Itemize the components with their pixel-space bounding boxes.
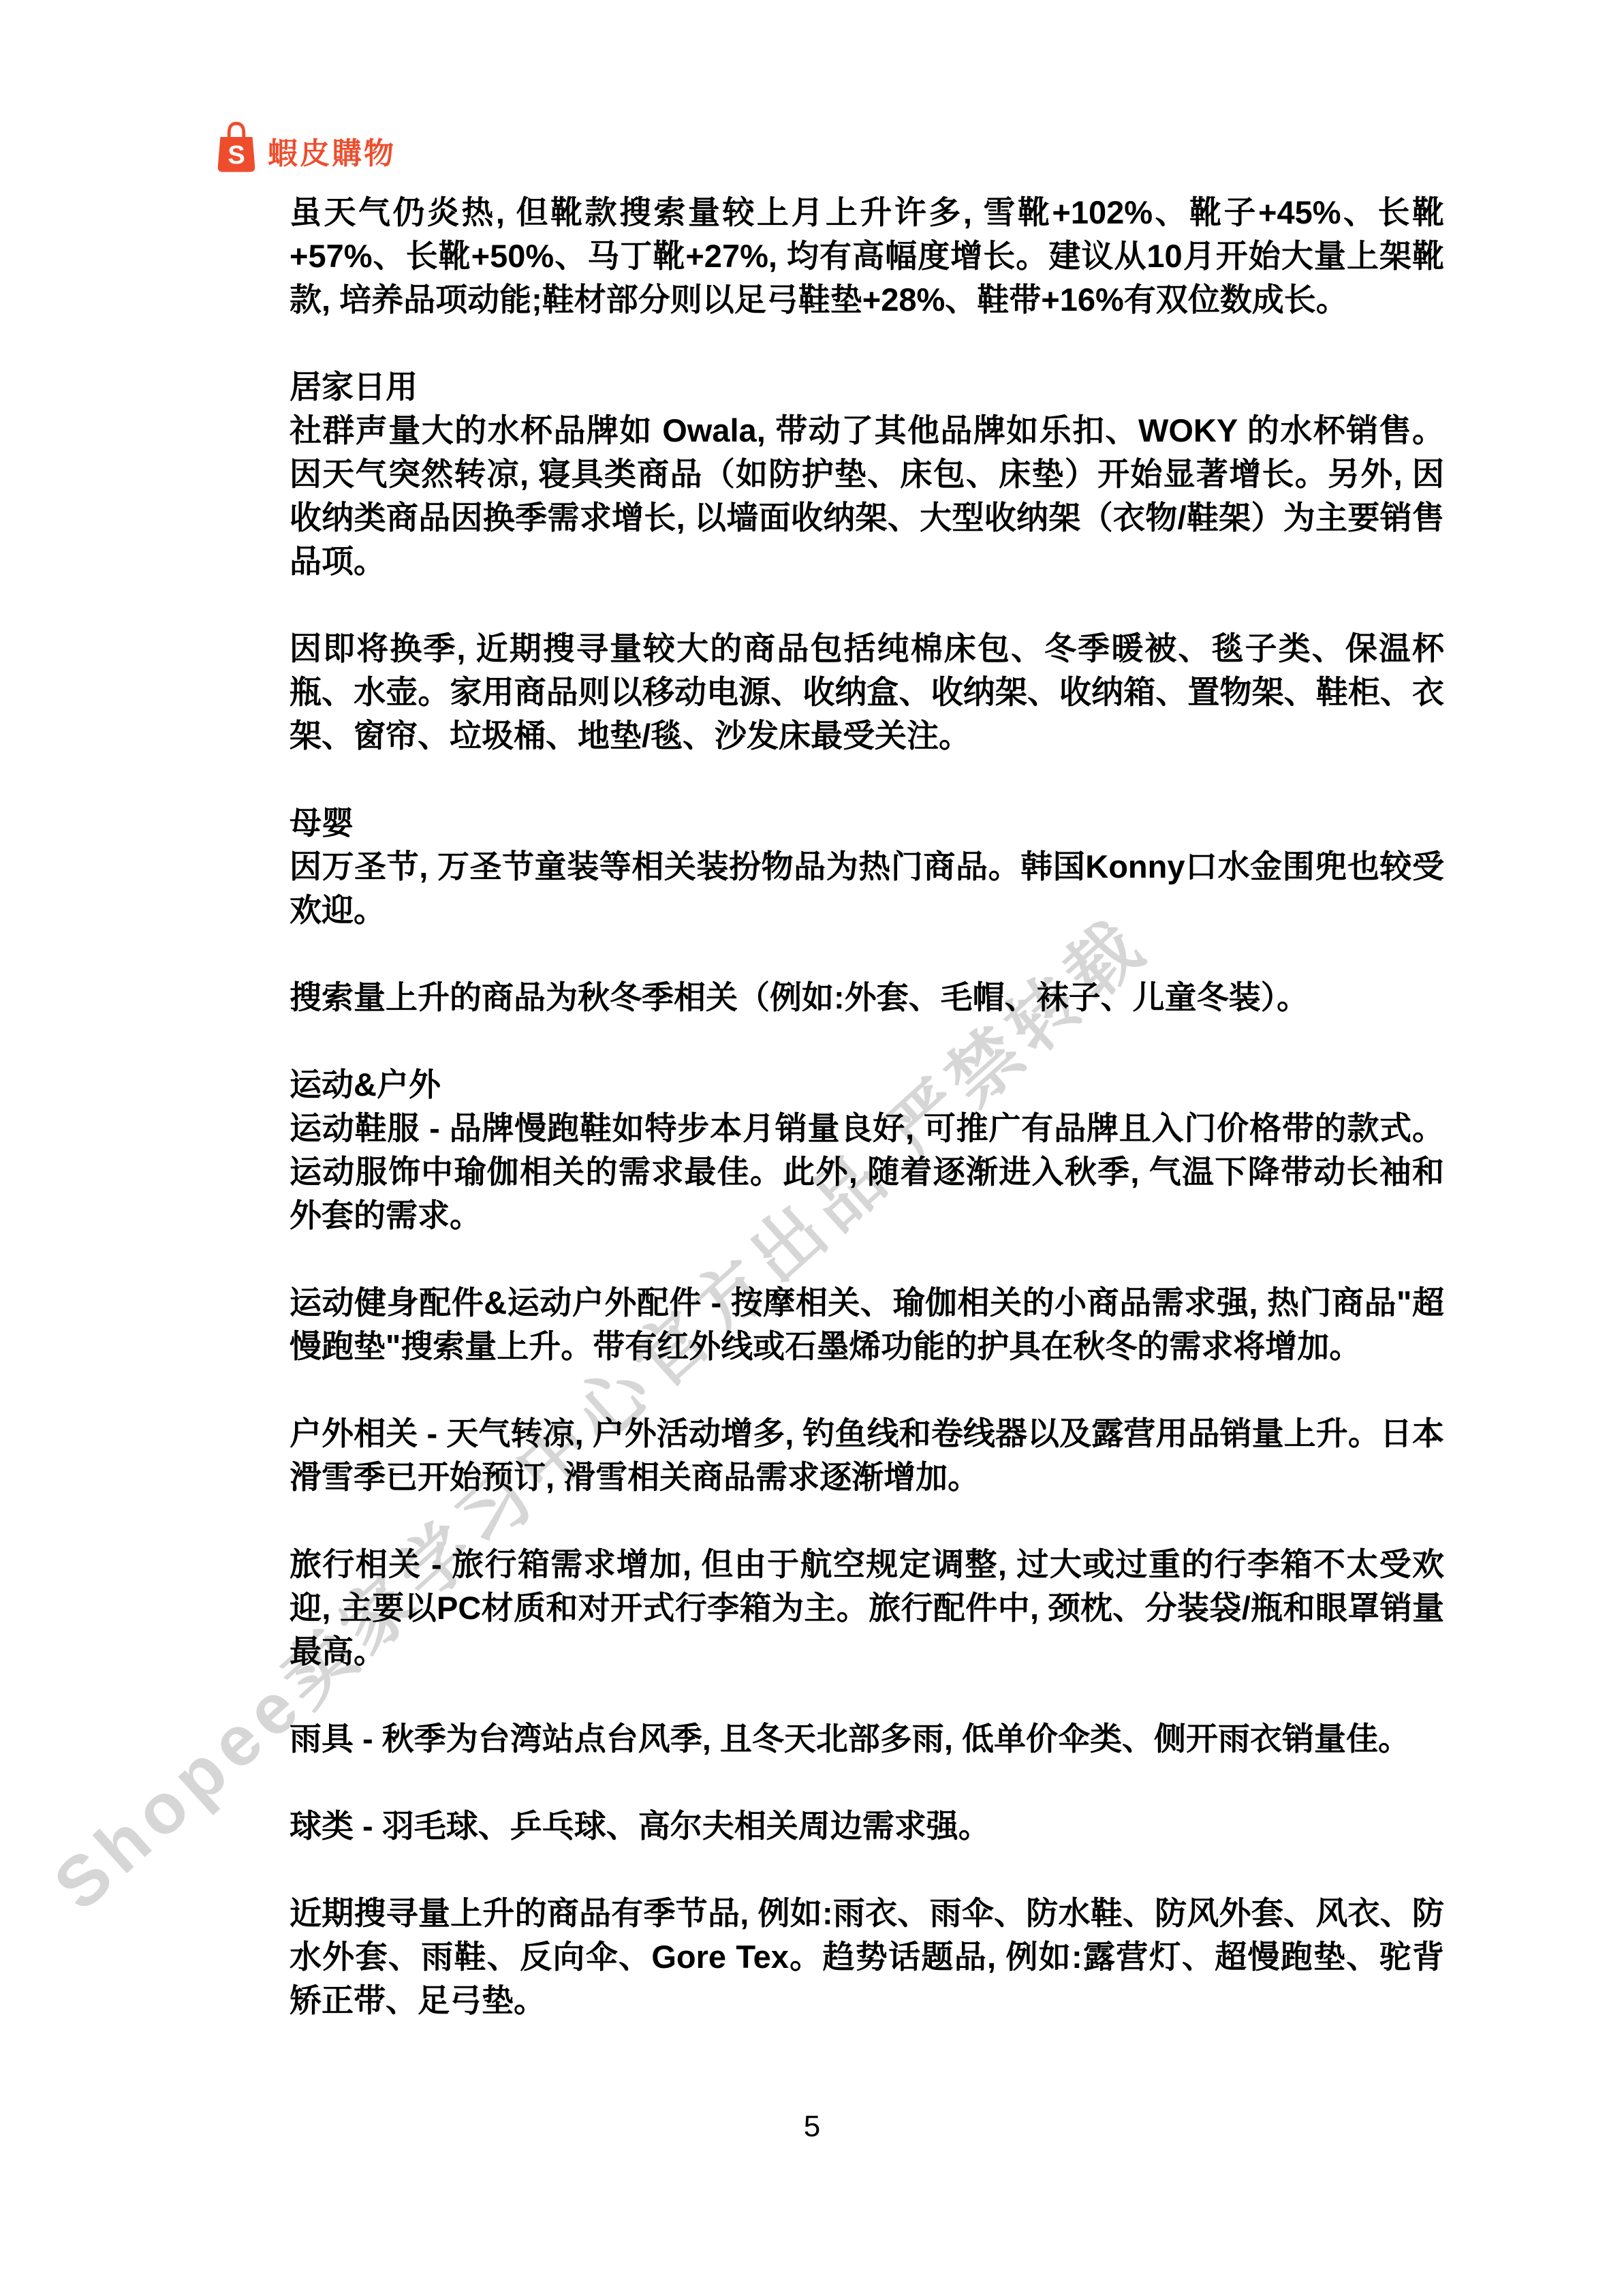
- para-travel-related: 旅行相关 - 旅行箱需求增加, 但由于航空规定调整, 过大或过重的行李箱不太受欢…: [290, 1543, 1444, 1674]
- shopee-s-letter: S: [228, 141, 245, 170]
- page-number: 5: [0, 2110, 1624, 2144]
- document-page: Shopee卖家学习中心官方出品 严禁转载 S 蝦皮購物 虽天气仍炎热, 但靴款…: [0, 0, 1624, 2295]
- para-ball-sports: 球类 - 羽毛球、乒乓球、高尔夫相关周边需求强。: [290, 1804, 1444, 1848]
- para-home-cups-bedding: 社群声量大的水杯品牌如 Owala, 带动了其他品牌如乐扣、WOKY 的水杯销售…: [290, 409, 1444, 583]
- para-autumn-winter-search: 搜索量上升的商品为秋冬季相关（例如:外套、毛帽、袜子、儿童冬装）。: [290, 976, 1444, 1019]
- shopee-logo: S 蝦皮購物: [216, 121, 396, 173]
- shopee-logo-text: 蝦皮購物: [268, 139, 396, 169]
- para-rain-gear: 雨具 - 秋季为台湾站点台风季, 且冬天北部多雨, 低单价伞类、侧开雨衣销量佳。: [290, 1717, 1444, 1761]
- para-boots-trend: 虽天气仍炎热, 但靴款搜索量较上月上升许多, 雪靴+102%、靴子+45%、长靴…: [290, 191, 1444, 322]
- para-home-season-change: 因即将换季, 近期搜寻量较大的商品包括纯棉床包、冬季暖被、毯子类、保温杯瓶、水壶…: [290, 627, 1444, 758]
- report-body: 虽天气仍炎热, 但靴款搜索量较上月上升许多, 雪靴+102%、靴子+45%、长靴…: [290, 191, 1444, 2022]
- para-outdoor-related: 户外相关 - 天气转凉, 户外活动增多, 钓鱼线和卷线器以及露营用品销量上升。日…: [290, 1412, 1444, 1499]
- shopee-bag-icon: S: [216, 121, 257, 173]
- para-fitness-accessories: 运动健身配件&运动户外配件 - 按摩相关、瑜伽相关的小商品需求强, 热门商品"超…: [290, 1281, 1444, 1368]
- section-heading-mother-baby: 母婴: [290, 801, 1444, 845]
- para-sports-shoes-apparel: 运动鞋服 - 品牌慢跑鞋如特步本月销量良好, 可推广有品牌且入门价格带的款式。运…: [290, 1107, 1444, 1237]
- para-rising-search-items: 近期搜寻量上升的商品有季节品, 例如:雨衣、雨伞、防水鞋、防风外套、风衣、防水外…: [290, 1892, 1444, 2022]
- section-heading-home-goods: 居家日用: [290, 365, 1444, 409]
- section-heading-sports-outdoor: 运动&户外: [290, 1063, 1444, 1107]
- para-halloween-items: 因万圣节, 万圣节童装等相关装扮物品为热门商品。韩国Konny口水金围兜也较受欢…: [290, 845, 1444, 932]
